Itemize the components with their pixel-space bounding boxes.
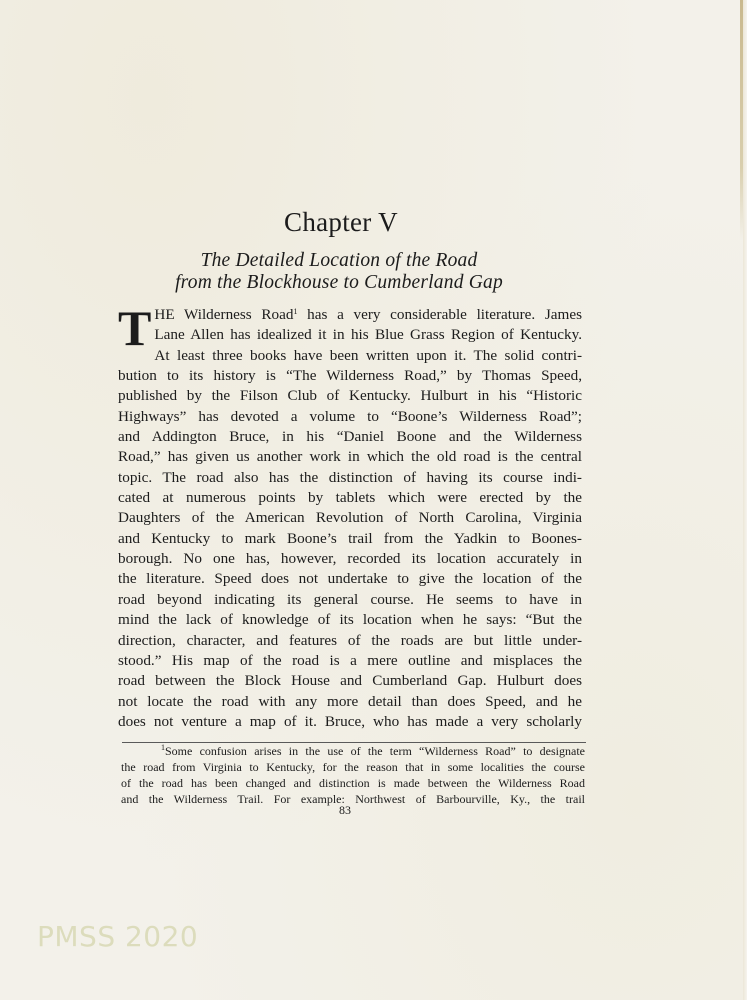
binding-edge-shadow bbox=[740, 0, 743, 240]
body-line: Highways” has devoted a volume to “Boone… bbox=[118, 407, 582, 427]
scanned-page: Chapter V The Detailed Location of the R… bbox=[0, 0, 747, 1000]
subtitle-line-2: from the Blockhouse to Cumberland Gap bbox=[0, 272, 678, 294]
body-paragraph: T HE Wilderness Road1 has a very conside… bbox=[118, 305, 582, 732]
body-line: borough. No one has, however, recorded i… bbox=[118, 549, 582, 569]
watermark: PMSS 2020 bbox=[37, 920, 198, 953]
opening-lines: T HE Wilderness Road1 has a very conside… bbox=[118, 305, 582, 346]
body-line-2: Lane Allen has idealized it in his Blue … bbox=[144, 325, 582, 345]
body-line: published by the Filson Club of Kentucky… bbox=[118, 386, 582, 406]
body-line: the literature. Speed does not undertake… bbox=[118, 569, 582, 589]
body-line: Road,” has given us another work in whic… bbox=[118, 447, 582, 467]
body-line: does not venture a map of it. Bruce, who… bbox=[118, 712, 582, 732]
body-line: not locate the road with any more detail… bbox=[118, 692, 582, 712]
footnote-line: the road from Virginia to Kentucky, for … bbox=[121, 759, 585, 775]
body-line: stood.” His map of the road is a mere ou… bbox=[118, 651, 582, 671]
body-line: At least three books have been written u… bbox=[118, 346, 582, 366]
body-line: and Addington Bruce, in his “Daniel Boon… bbox=[118, 427, 582, 447]
body-line: direction, character, and features of th… bbox=[118, 631, 582, 651]
body-line: road between the Block House and Cumberl… bbox=[118, 671, 582, 691]
body-line-1: HE Wilderness Road1 has a very considera… bbox=[144, 305, 582, 325]
subtitle-line-1: The Detailed Location of the Road bbox=[0, 250, 678, 272]
drop-cap: T bbox=[118, 309, 151, 349]
chapter-subtitle: The Detailed Location of the Road from t… bbox=[0, 250, 678, 294]
body-line: bution to its history is “The Wilderness… bbox=[118, 366, 582, 386]
body-line: mind the lack of knowledge of its locati… bbox=[118, 610, 582, 630]
body-line: road beyond indicating its general cours… bbox=[118, 590, 582, 610]
footnote: 1Some confusion arises in the use of the… bbox=[121, 743, 585, 807]
footnote-line: 1Some confusion arises in the use of the… bbox=[121, 743, 585, 759]
chapter-title: Chapter V bbox=[0, 206, 682, 238]
footnote-line: of the road has been changed and distinc… bbox=[121, 775, 585, 791]
page-edge bbox=[743, 0, 747, 1000]
body-line: Daughters of the American Revolution of … bbox=[118, 508, 582, 528]
page-number: 83 bbox=[0, 803, 690, 818]
body-line: cated at numerous points by tablets whic… bbox=[118, 488, 582, 508]
body-line: topic. The road also has the distinction… bbox=[118, 468, 582, 488]
body-line: and Kentucky to mark Boone’s trail from … bbox=[118, 529, 582, 549]
